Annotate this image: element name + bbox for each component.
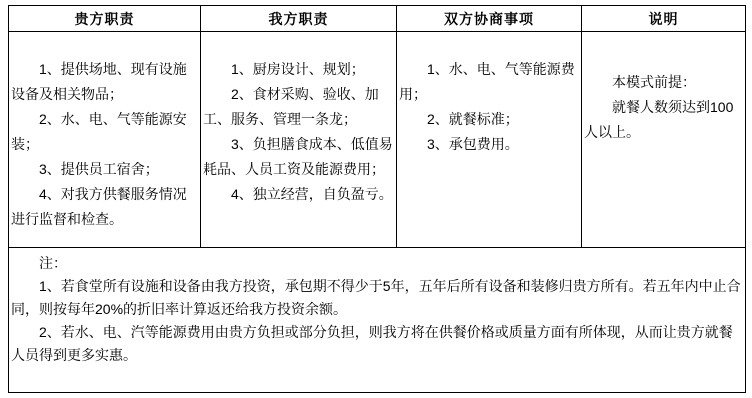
header-our-duties: 我方职责 (201, 6, 397, 32)
header-row: 贵方职责 我方职责 双方协商事项 说明 (9, 6, 746, 32)
cell-negotiated-items: 1、水、电、气等能源费用； 2、就餐标准； 3、承包费用。 (397, 32, 582, 248)
footnote-label: 注： (11, 252, 741, 275)
cell-our-duties: 1、厨房设计、规划； 2、食材采购、验收、加工、服务、管理一条龙； 3、负担膳食… (201, 32, 397, 248)
negotiated-item-2: 2、就餐标准； (399, 107, 579, 132)
negotiated-item-3: 3、承包费用。 (399, 132, 579, 157)
header-negotiated-items: 双方协商事项 (397, 6, 582, 32)
your-duty-item-4: 4、对我方供餐服务情况进行监督和检查。 (11, 182, 198, 232)
cell-your-duties: 1、提供场地、现有设施设备及相关物品； 2、水、电、气等能源安装； 3、提供员工… (9, 32, 201, 248)
cell-footnote: 注： 1、若食堂所有设施和设备由我方投资，承包期不得少于5年，五年后所有设备和装… (9, 248, 746, 393)
footnote-item-2: 2、若水、电、汽等能源费用由贵方负担或部分负担，则我方将在供餐价格或质量方面有所… (11, 321, 741, 367)
cell-remarks: 本模式前提： 就餐人数须达到100人以上。 (582, 32, 746, 248)
header-remarks: 说明 (582, 6, 746, 32)
your-duty-item-2: 2、水、电、气等能源安装； (11, 107, 198, 157)
contract-table-wrapper: 贵方职责 我方职责 双方协商事项 说明 1、提供场地、现有设施设备及相关物品； … (8, 5, 746, 393)
negotiated-item-1: 1、水、电、气等能源费用； (399, 57, 579, 107)
body-row: 1、提供场地、现有设施设备及相关物品； 2、水、电、气等能源安装； 3、提供员工… (9, 32, 746, 248)
our-duty-item-1: 1、厨房设计、规划； (203, 57, 394, 82)
remarks-line-1: 本模式前提： (584, 70, 743, 95)
your-duty-item-1: 1、提供场地、现有设施设备及相关物品； (11, 57, 198, 107)
our-duty-item-3: 3、负担膳食成本、低值易耗品、人员工资及能源费用； (203, 132, 394, 182)
our-duty-item-4: 4、独立经营，自负盈亏。 (203, 182, 394, 207)
responsibilities-table: 贵方职责 我方职责 双方协商事项 说明 1、提供场地、现有设施设备及相关物品； … (8, 5, 746, 393)
our-duty-item-2: 2、食材采购、验收、加工、服务、管理一条龙； (203, 82, 394, 132)
your-duty-item-3: 3、提供员工宿舍； (11, 157, 198, 182)
remarks-line-2: 就餐人数须达到100人以上。 (584, 95, 743, 145)
footnote-item-1: 1、若食堂所有设施和设备由我方投资，承包期不得少于5年，五年后所有设备和装修归贵… (11, 275, 741, 321)
header-your-duties: 贵方职责 (9, 6, 201, 32)
footnote-row: 注： 1、若食堂所有设施和设备由我方投资，承包期不得少于5年，五年后所有设备和装… (9, 248, 746, 393)
